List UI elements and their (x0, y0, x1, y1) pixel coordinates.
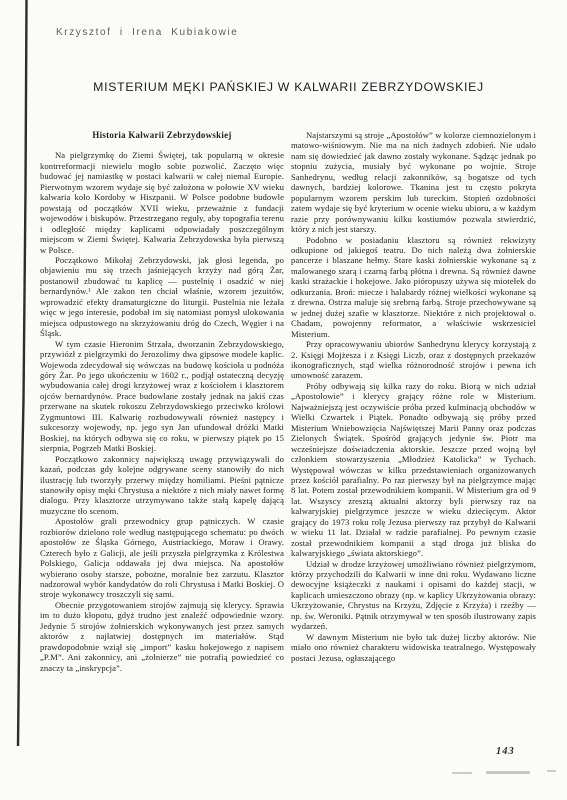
paragraph: Na pielgrzymkę do Ziemi Świętej, tak pop… (40, 150, 284, 255)
paragraph: Udział w drodze krzyżowej umożliwiano ró… (291, 559, 536, 632)
book-page: Krzysztof i Irena Kubiakowie MISTERIUM M… (0, 0, 567, 800)
scan-smudge-artifact (486, 771, 530, 774)
right-column: Najstarszymi są stroje „Apostołów” w kol… (291, 130, 536, 663)
paragraph: Próby odbywają się kilka razy do roku. B… (291, 381, 536, 559)
paragraph: Początkowo Mikołaj Zebrzydowski, jak gło… (40, 255, 284, 339)
paragraph: Obecnie przygotowaniem strojów zajmują s… (40, 600, 284, 673)
left-column: Historia Kalwarii Zebrzydowskiej Na piel… (40, 130, 284, 673)
paragraph: W tym czasie Hieronim Strzała, dworzanin… (40, 339, 284, 454)
paragraph: Początkowo zakonnicy największą uwagę pr… (40, 454, 284, 517)
authors-line: Krzysztof i Irena Kubiakowie (56, 27, 238, 38)
section-heading: Historia Kalwarii Zebrzydowskiej (40, 130, 284, 140)
scan-smudge-artifact (547, 770, 556, 772)
paragraph: Apostołów grali przewodnicy grup pątnicz… (40, 516, 284, 600)
article-title: MISTERIUM MĘKI PAŃSKIEJ W KALWARII ZEBRZ… (40, 80, 537, 94)
left-column-text: Na pielgrzymkę do Ziemi Świętej, tak pop… (40, 150, 284, 673)
paragraph: Przy opracowywaniu ubiorów Sanhedrynu kl… (291, 339, 536, 381)
right-column-text: Najstarszymi są stroje „Apostołów” w kol… (291, 130, 536, 663)
paragraph: Podobno w posiadaniu klasztoru są równie… (291, 235, 536, 340)
paragraph: W dawnym Misterium nie było tak dużej li… (291, 632, 536, 663)
page-number: 143 (496, 746, 515, 757)
scan-smudge-artifact (452, 772, 472, 774)
paragraph: Najstarszymi są stroje „Apostołów” w kol… (291, 130, 536, 235)
